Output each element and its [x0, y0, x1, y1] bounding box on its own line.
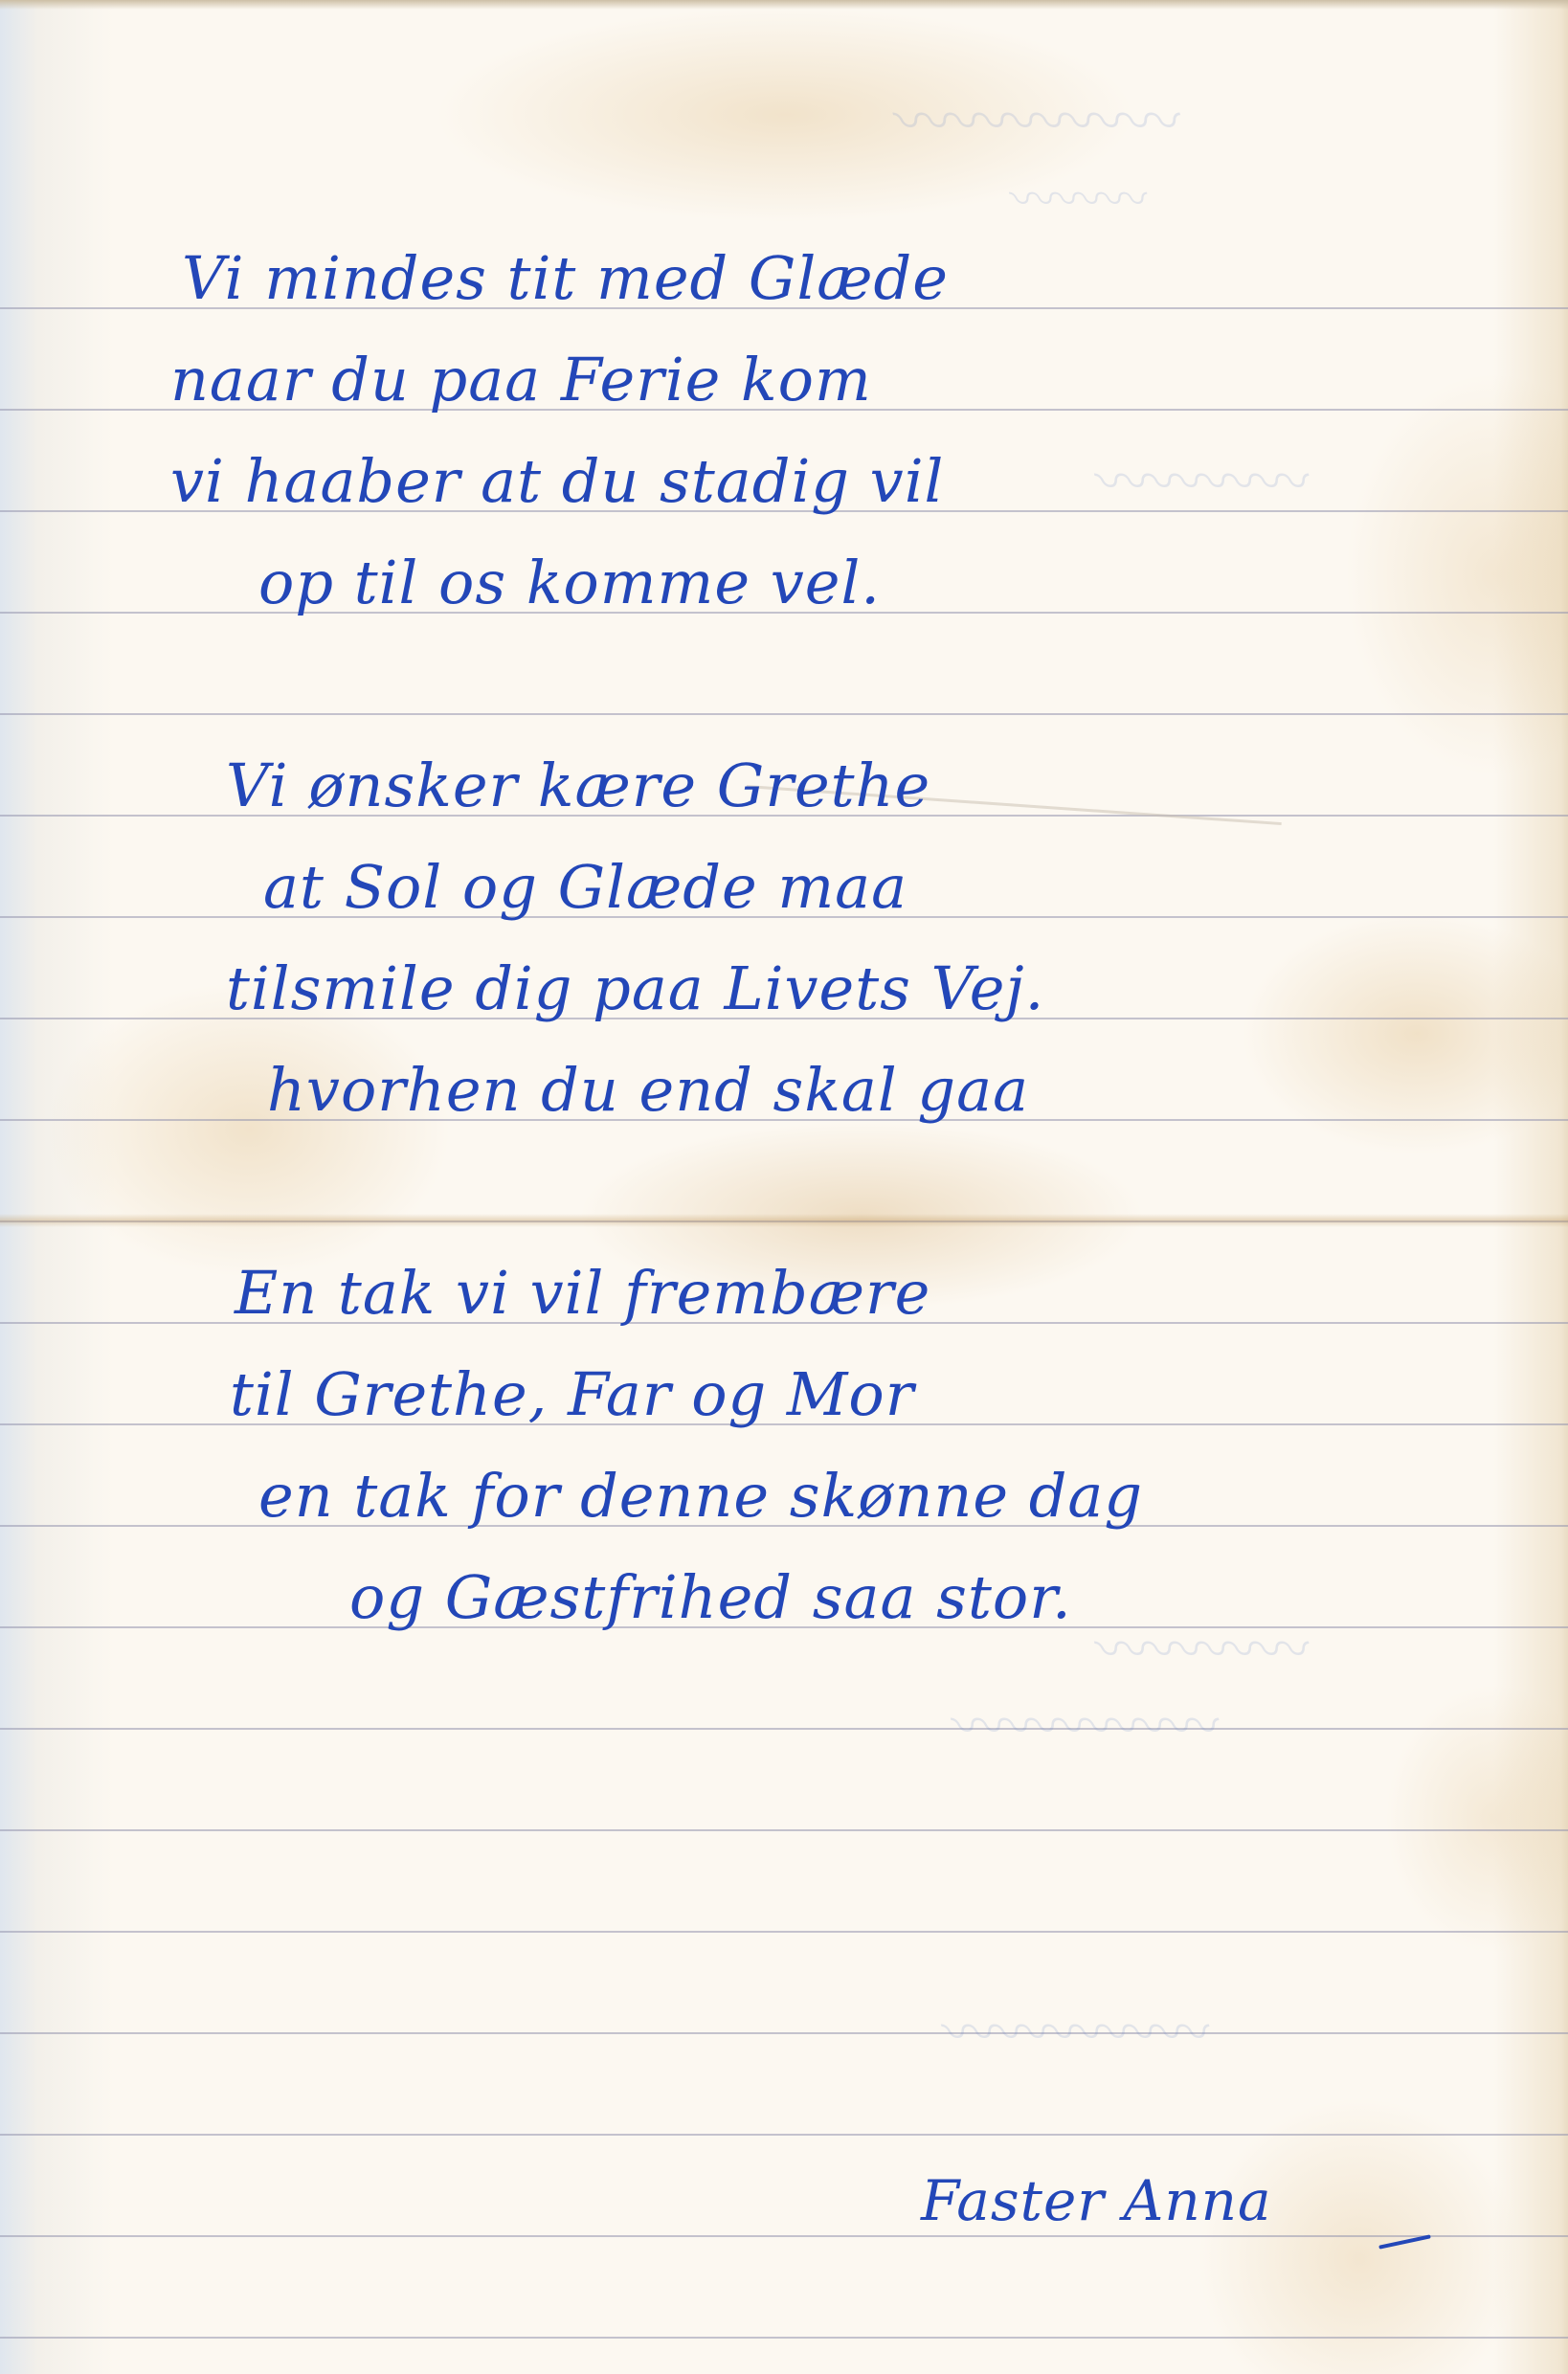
poem-line: og Gæstfrihed saa stor. [349, 1568, 1072, 1627]
ruled-line [0, 1728, 1568, 1730]
ruled-line [0, 2235, 1568, 2237]
poem-line: Vi ønsker kære Grethe [226, 756, 930, 816]
poem-line: vi haaber at du stadig vil [170, 452, 944, 511]
poem-line: hvorhen du end skal gaa [267, 1061, 1029, 1120]
poem-line: at Sol og Glæde maa [263, 858, 907, 917]
poem-line: naar du paa Ferie kom [170, 350, 872, 410]
poem-line: en tak for denne skønne dag [258, 1467, 1143, 1526]
poem-line: tilsmile dig paa Livets Vej. [226, 959, 1044, 1019]
ruled-line [0, 713, 1568, 715]
poem-line: Vi mindes tit med Glæde [182, 249, 949, 308]
bleed-through-marks: 〰〰〰〰〰 [900, 77, 1187, 159]
poem-line: op til os komme vel. [258, 553, 881, 613]
bleed-through-marks: 〰〰〰〰〰 [948, 1991, 1216, 2068]
ruled-line [0, 2134, 1568, 2136]
bleed-through-marks: 〰〰〰〰 [1101, 440, 1315, 517]
ruled-line [0, 2032, 1568, 2034]
letter-page: 〰〰〰〰〰 〰〰〰 〰〰〰〰 〰〰〰〰 〰〰〰〰〰 〰〰〰〰〰 Vi minde… [0, 0, 1568, 2374]
paper-fold-crease [0, 1214, 1568, 1227]
signature: Faster Anna [921, 2173, 1272, 2228]
paper-top-edge [0, 0, 1568, 10]
ruled-line [0, 1931, 1568, 1933]
poem-line: til Grethe, Far og Mor [230, 1365, 914, 1424]
bleed-through-marks: 〰〰〰〰 [1101, 1608, 1315, 1685]
bleed-through-marks: 〰〰〰〰〰 [957, 1685, 1225, 1761]
ruled-line [0, 1829, 1568, 1831]
bleed-through-marks: 〰〰〰 [1015, 163, 1153, 229]
ruled-line [0, 2337, 1568, 2339]
poem-line: En tak vi vil frembære [235, 1264, 930, 1323]
